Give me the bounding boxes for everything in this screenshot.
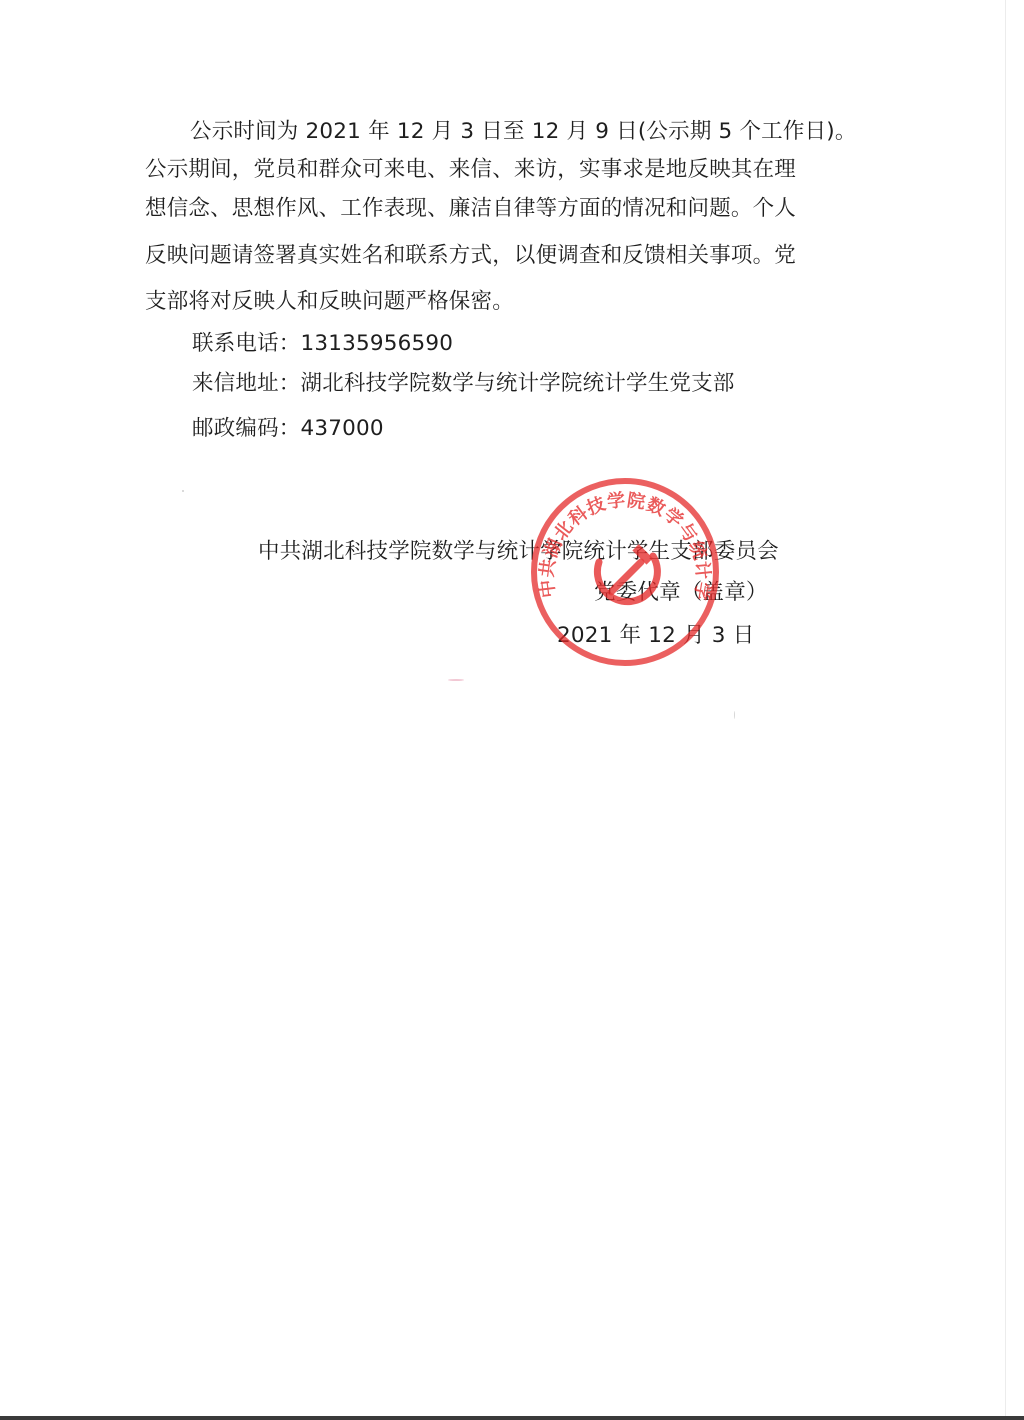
page-edge-right xyxy=(1005,0,1006,1416)
address-row: 来信地址：湖北科技学院数学与统计学院统计学生党支部 xyxy=(192,369,735,399)
address-label: 来信地址： xyxy=(192,371,301,396)
scan-speck xyxy=(448,679,464,681)
svg-text:中共湖北科技学院数学与统计学院委员会: 中共湖北科技学院数学与统计学院委员会 xyxy=(537,484,713,603)
postcode-row: 邮政编码：437000 xyxy=(192,414,384,444)
phone-value: 13135956590 xyxy=(301,331,454,356)
postcode-value: 437000 xyxy=(301,416,384,441)
scanner-bottom-edge xyxy=(0,1416,1024,1420)
postcode-label: 邮政编码： xyxy=(192,416,301,441)
stamp-emblem-icon: 中共湖北科技学院数学与统计学院委员会 xyxy=(537,484,713,660)
scanned-page: 公示时间为 2021 年 12 月 3 日至 12 月 9 日(公示期 5 个工… xyxy=(0,0,1024,1416)
paragraph-line: 反映问题请签署真实姓名和联系方式，以便调查和反馈相关事项。党 xyxy=(145,241,796,271)
scan-speck xyxy=(182,490,184,492)
scan-speck xyxy=(734,711,735,719)
address-value: 湖北科技学院数学与统计学院统计学生党支部 xyxy=(301,371,735,396)
paragraph-line: 公示时间为 2021 年 12 月 3 日至 12 月 9 日(公示期 5 个工… xyxy=(190,117,857,147)
paragraph-line: 公示期间，党员和群众可来电、来信、来访，实事求是地反映其在理 xyxy=(145,155,796,185)
paragraph-line: 想信念、思想作风、工作表现、廉洁自律等方面的情况和问题。个人 xyxy=(145,194,796,224)
phone-row: 联系电话：13135956590 xyxy=(192,329,453,359)
paragraph-line: 支部将对反映人和反映问题严格保密。 xyxy=(145,287,514,317)
phone-label: 联系电话： xyxy=(192,331,301,356)
official-red-stamp: 中共湖北科技学院数学与统计学院委员会 xyxy=(531,478,719,666)
